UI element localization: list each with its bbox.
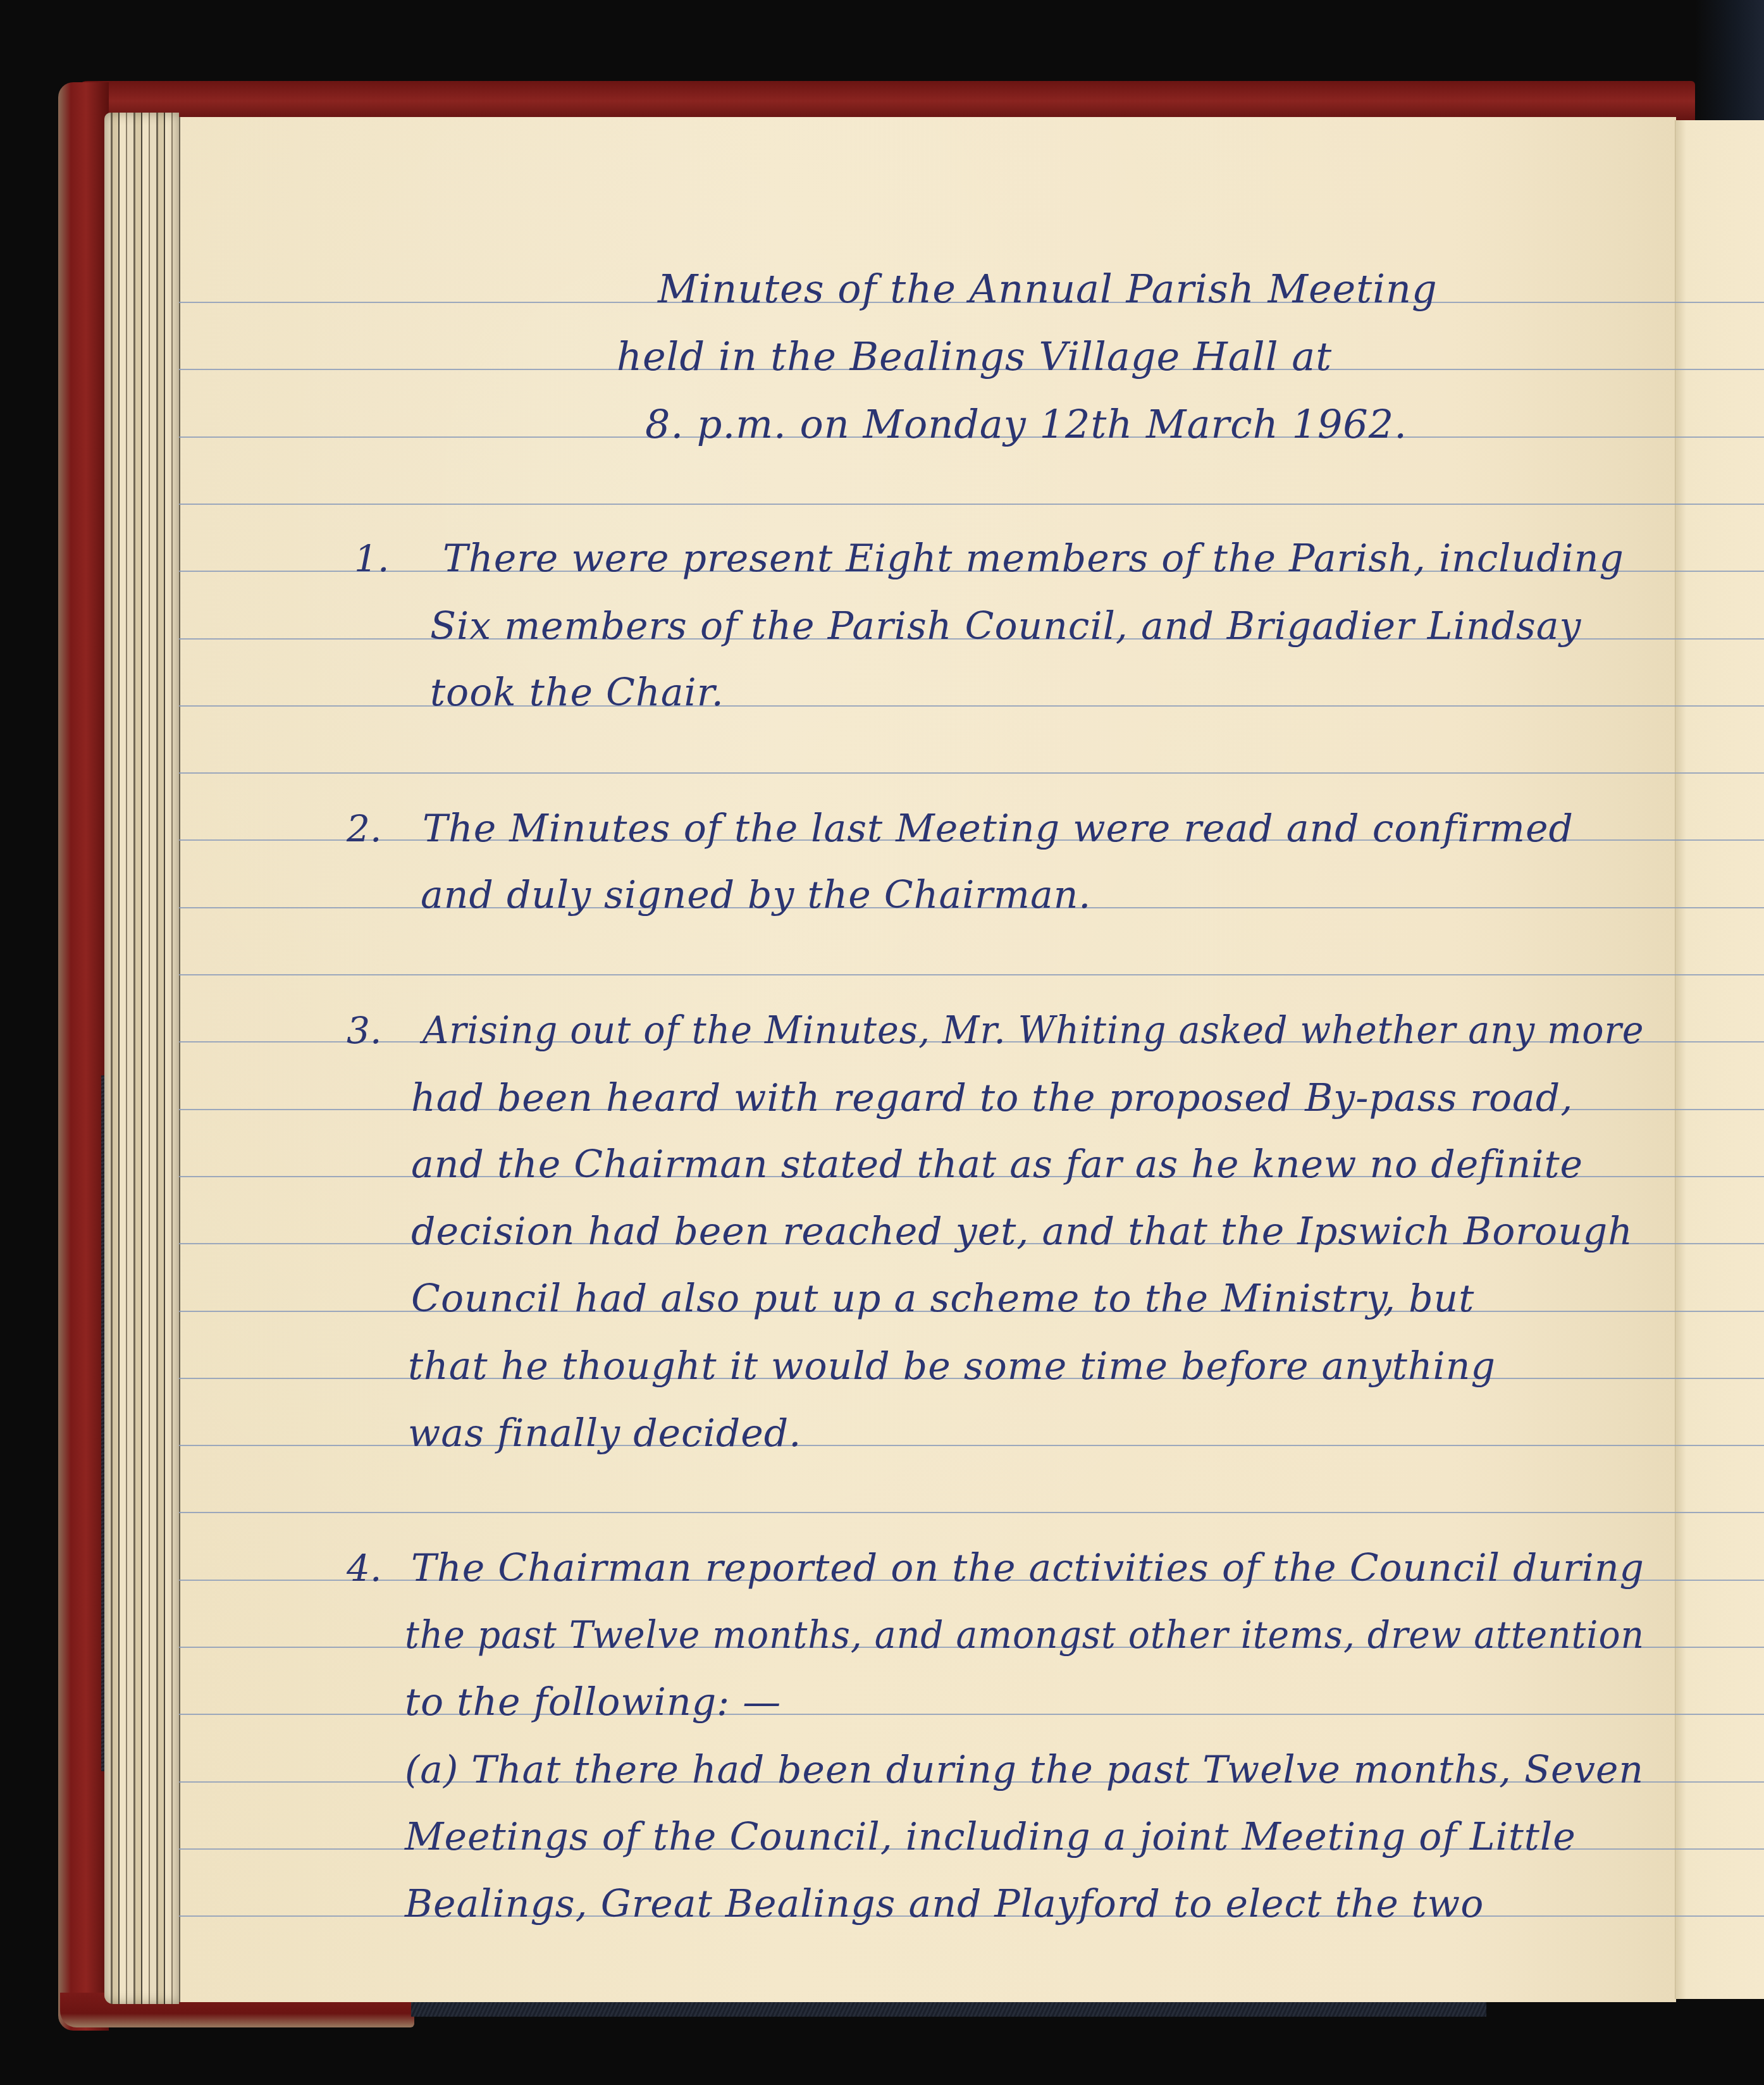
page-edges-stack: [104, 113, 179, 2004]
item-number: 3.: [347, 997, 381, 1064]
subitem-line: Meetings of the Council, including a joi…: [405, 1803, 1576, 1871]
item-line: to the following: —: [405, 1669, 781, 1736]
cover-corner-dark: [1695, 0, 1764, 127]
item-line: that he thought it would be some time be…: [408, 1333, 1496, 1400]
item-line: Six members of the Parish Council, and B…: [430, 593, 1581, 660]
item-line: and the Chairman stated that as far as h…: [411, 1131, 1583, 1198]
item-number: 4.: [347, 1535, 381, 1602]
item-line: decision had been reached yet, and that …: [411, 1198, 1633, 1265]
ruled-line: [179, 974, 1764, 975]
item-number: 1.: [354, 525, 389, 592]
ruled-line: [179, 772, 1764, 774]
item-line: The Minutes of the last Meeting were rea…: [422, 795, 1574, 862]
ruled-line: [179, 705, 1764, 707]
title-line-1: Minutes of the Annual Parish Meeting: [658, 256, 1438, 323]
item-number: 2.: [347, 795, 381, 862]
facing-page-strip: [1675, 120, 1764, 1999]
title-line-2: held in the Bealings Village Hall at: [617, 323, 1332, 390]
subitem-line: Bealings, Great Bealings and Playford to…: [405, 1871, 1484, 1938]
item-line: Council had also put up a scheme to the …: [411, 1265, 1474, 1332]
item-line: There were present Eight members of the …: [443, 525, 1624, 592]
item-line: and duly signed by the Chairman.: [421, 862, 1091, 929]
item-line: took the Chair.: [430, 659, 724, 726]
title-line-3: 8. p.m. on Monday 12th March 1962.: [645, 391, 1407, 458]
item-line: The Chairman reported on the activities …: [411, 1535, 1644, 1602]
item-line: was finally decided.: [408, 1400, 801, 1467]
subitem-line: (a) That there had been during the past …: [405, 1736, 1644, 1803]
ruled-line: [179, 1512, 1764, 1513]
item-line: Arising out of the Minutes, Mr. Whiting …: [422, 997, 1644, 1064]
ruled-line: [179, 504, 1764, 505]
item-line: the past Twelve months, and amongst othe…: [405, 1602, 1644, 1669]
item-line: had been heard with regard to the propos…: [411, 1065, 1573, 1132]
